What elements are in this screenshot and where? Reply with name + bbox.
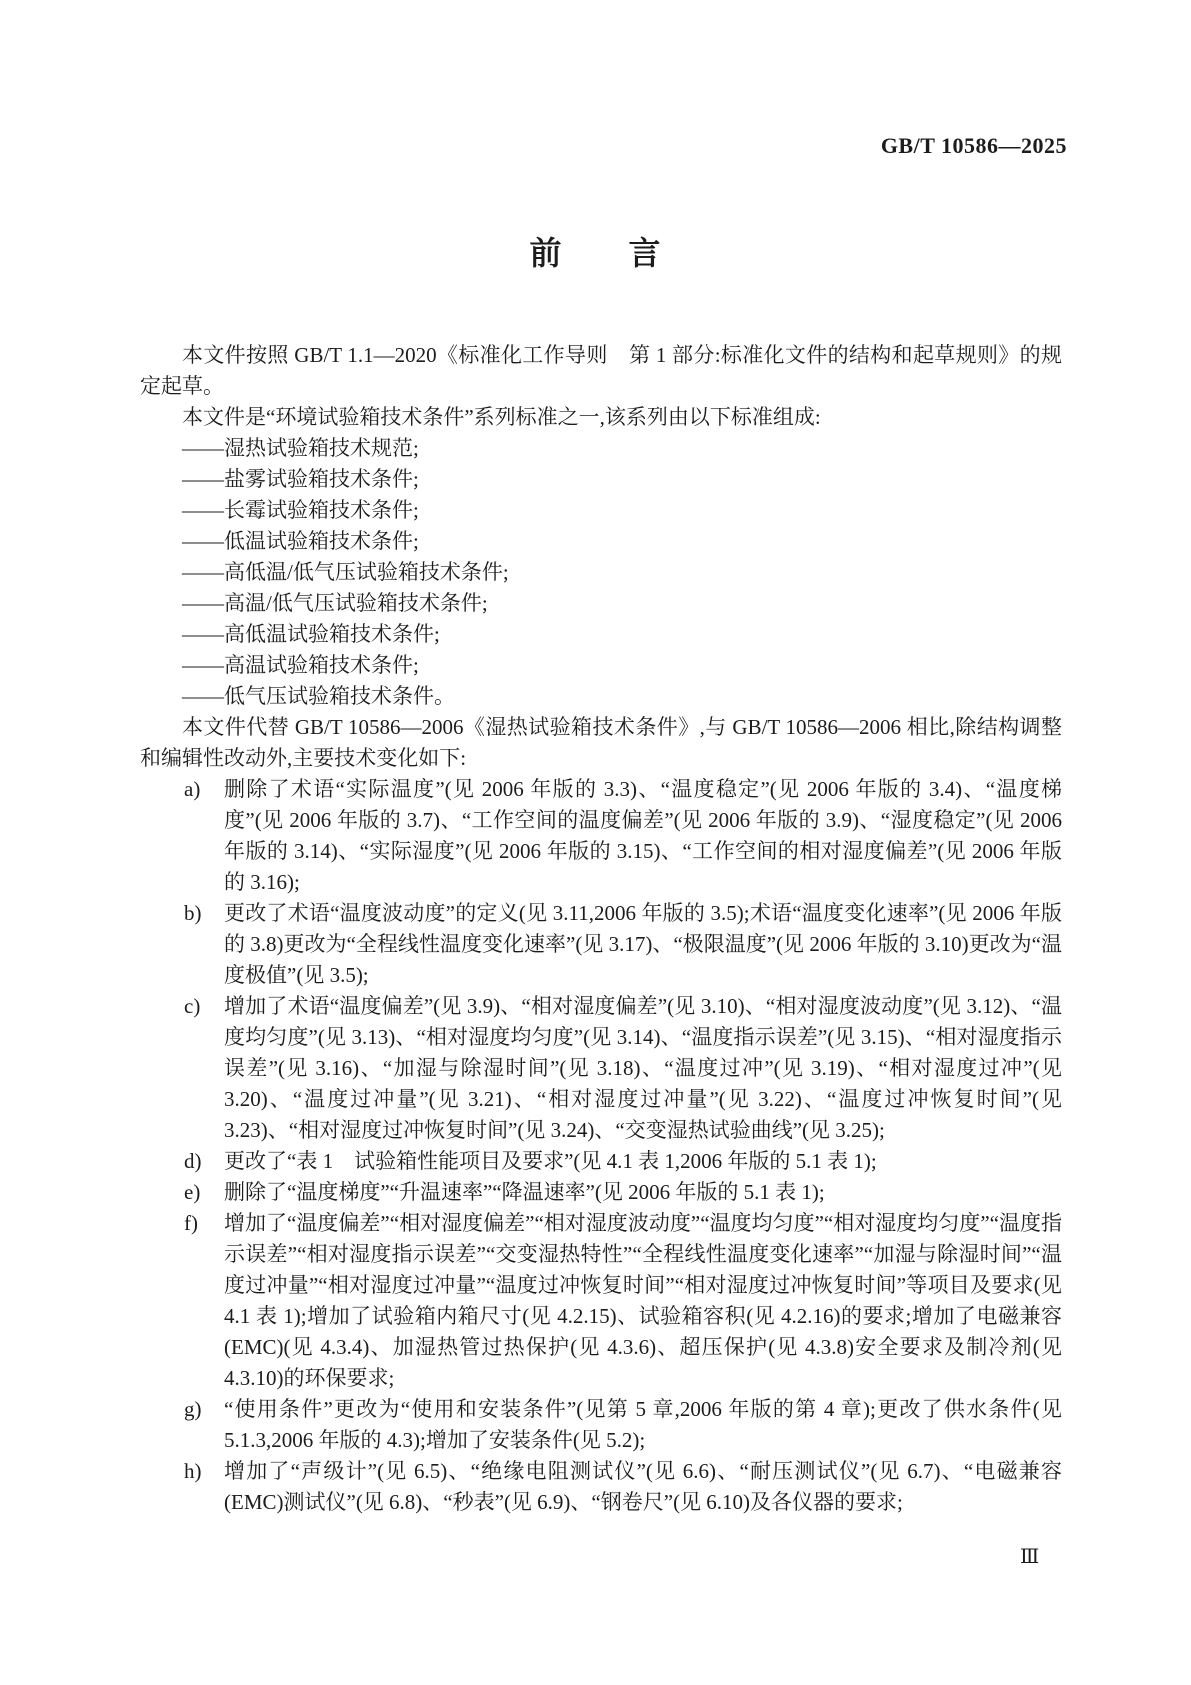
standard-number: GB/T 10586—2025 <box>881 133 1067 159</box>
page-title: 前 言 <box>0 228 1191 274</box>
foreword-content: 本文件按照 GB/T 1.1—2020《标准化工作导则 第 1 部分:标准化文件… <box>140 340 1062 1518</box>
change-item-e: e) 删除了“温度梯度”“升温速率”“降温速率”(见 2006 年版的 5.1 … <box>140 1177 1062 1208</box>
series-list-item: ——低温试验箱技术条件; <box>140 526 1062 557</box>
change-item-g: g) “使用条件”更改为“使用和安装条件”(见第 5 章,2006 年版的第 4… <box>140 1394 1062 1456</box>
series-list-item: ——低气压试验箱技术条件。 <box>140 681 1062 712</box>
paragraph-drafting-basis: 本文件按照 GB/T 1.1—2020《标准化工作导则 第 1 部分:标准化文件… <box>140 340 1062 402</box>
change-item-text: 更改了“表 1 试验箱性能项目及要求”(见 4.1 表 1,2006 年版的 5… <box>224 1146 1062 1177</box>
change-item-label: c) <box>184 991 200 1022</box>
change-item-label: b) <box>184 898 202 929</box>
page-number: Ⅲ <box>1020 1544 1039 1569</box>
change-item-d: d) 更改了“表 1 试验箱性能项目及要求”(见 4.1 表 1,2006 年版… <box>140 1146 1062 1177</box>
change-item-text: 增加了术语“温度偏差”(见 3.9)、“相对湿度偏差”(见 3.10)、“相对湿… <box>224 991 1062 1146</box>
change-item-text: 删除了“温度梯度”“升温速率”“降温速率”(见 2006 年版的 5.1 表 1… <box>224 1177 1062 1208</box>
change-item-label: e) <box>184 1177 200 1208</box>
change-item-label: f) <box>184 1208 198 1239</box>
change-item-label: h) <box>184 1456 202 1487</box>
paragraph-replacement: 本文件代替 GB/T 10586—2006《湿热试验箱技术条件》,与 GB/T … <box>140 712 1062 774</box>
change-item-f: f) 增加了“温度偏差”“相对湿度偏差”“相对湿度波动度”“温度均匀度”“相对湿… <box>140 1208 1062 1394</box>
change-item-a: a) 删除了术语“实际温度”(见 2006 年版的 3.3)、“温度稳定”(见 … <box>140 774 1062 898</box>
change-item-text: 增加了“声级计”(见 6.5)、“绝缘电阻测试仪”(见 6.6)、“耐压测试仪”… <box>224 1456 1062 1518</box>
change-item-c: c) 增加了术语“温度偏差”(见 3.9)、“相对湿度偏差”(见 3.10)、“… <box>140 991 1062 1146</box>
change-item-label: d) <box>184 1146 202 1177</box>
series-list-item: ——高低温/低气压试验箱技术条件; <box>140 557 1062 588</box>
document-page: GB/T 10586—2025 前 言 本文件按照 GB/T 1.1—2020《… <box>0 0 1191 1685</box>
change-item-text: 更改了术语“温度波动度”的定义(见 3.11,2006 年版的 3.5);术语“… <box>224 898 1062 991</box>
series-list-item: ——高低温试验箱技术条件; <box>140 619 1062 650</box>
change-item-label: g) <box>184 1394 202 1425</box>
change-item-b: b) 更改了术语“温度波动度”的定义(见 3.11,2006 年版的 3.5);… <box>140 898 1062 991</box>
change-item-text: “使用条件”更改为“使用和安装条件”(见第 5 章,2006 年版的第 4 章)… <box>224 1394 1062 1456</box>
series-list-item: ——长霉试验箱技术条件; <box>140 495 1062 526</box>
series-list-item: ——湿热试验箱技术规范; <box>140 433 1062 464</box>
series-list-item: ——盐雾试验箱技术条件; <box>140 464 1062 495</box>
series-list-item: ——高温/低气压试验箱技术条件; <box>140 588 1062 619</box>
change-item-h: h) 增加了“声级计”(见 6.5)、“绝缘电阻测试仪”(见 6.6)、“耐压测… <box>140 1456 1062 1518</box>
change-item-text: 增加了“温度偏差”“相对湿度偏差”“相对湿度波动度”“温度均匀度”“相对湿度均匀… <box>224 1208 1062 1394</box>
paragraph-series-intro: 本文件是“环境试验箱技术条件”系列标准之一,该系列由以下标准组成: <box>140 402 1062 433</box>
series-list-item: ——高温试验箱技术条件; <box>140 650 1062 681</box>
change-item-label: a) <box>184 774 200 805</box>
change-item-text: 删除了术语“实际温度”(见 2006 年版的 3.3)、“温度稳定”(见 200… <box>224 774 1062 898</box>
